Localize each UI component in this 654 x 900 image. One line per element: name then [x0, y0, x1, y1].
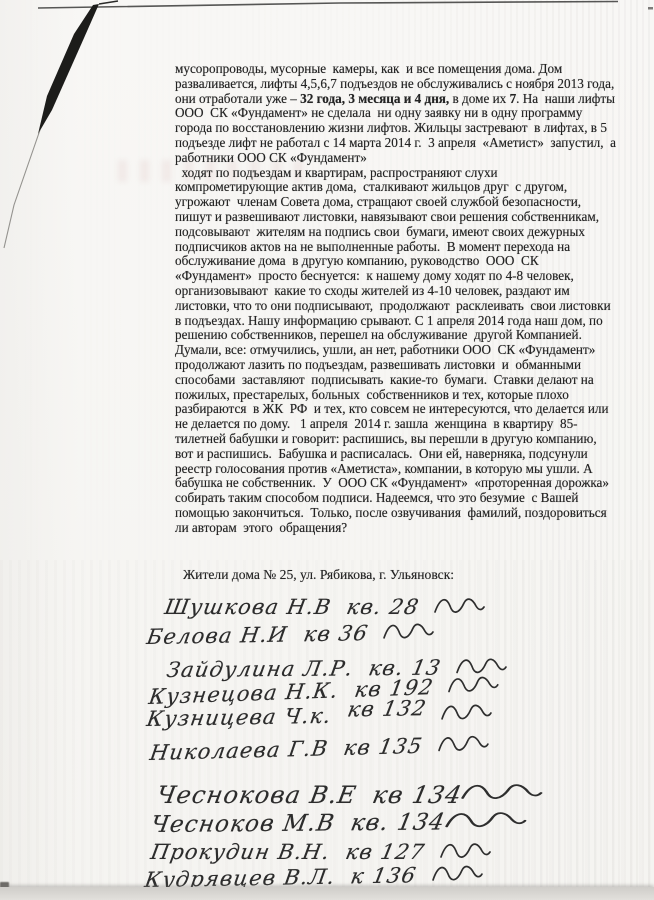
- scan-fold-artifact: [0, 0, 200, 260]
- signature-apt: кв. 134: [348, 809, 447, 836]
- residents-line: Жители дома № 25, ул. Рябикова, г. Ульян…: [183, 567, 454, 583]
- body-line: тилетней бабушки и говорит: распишись, в…: [175, 432, 627, 447]
- body-line: города по восстановлению жизни лифтов. Ж…: [175, 121, 627, 136]
- body-line: разбираются в ЖК РФ и тех, кто совсем не…: [175, 402, 627, 417]
- signature-row: Шушкова Н.В кв. 28: [165, 595, 625, 619]
- body-line: организовывают какие то сходы жителей из…: [175, 284, 627, 299]
- signature-name: Николаева Г.В: [148, 736, 330, 765]
- signature-apt: кв. 28: [345, 595, 422, 619]
- body-line: разваливается, лифты 4,5,6,7 подъездов н…: [175, 77, 627, 92]
- body-line: не делается по дому. 1 апреля 2014 г. за…: [175, 417, 627, 432]
- body-line: угрожают членам Совета дома, стращают св…: [175, 195, 627, 210]
- scan-bottom-edge: [0, 887, 654, 900]
- signature-name: Чеснокова В.Е: [155, 781, 359, 809]
- body-line: в подъездах. Нашу информацию срывают. С …: [175, 314, 627, 329]
- body-line: обслуживание дома в другую компанию, рук…: [175, 254, 627, 269]
- body-line: реестр голосования против «Аметиста», ко…: [175, 462, 627, 477]
- signature-apt: кв 134: [370, 781, 465, 809]
- body-line: собирать таким способом подписи. Надеемс…: [175, 491, 627, 506]
- body-line: мусоропроводы, мусорные камеры, как и вс…: [175, 62, 627, 77]
- signature-apt: кв 135: [342, 734, 425, 760]
- body-line: вот и распишись. Бабушка и расписалась. …: [175, 447, 627, 462]
- body-line: они отработали уже – 32 года, 3 месяца и…: [175, 92, 627, 107]
- signature-flourish-icon: [475, 781, 527, 805]
- body-line: листовки, что то они подписывают, продол…: [175, 299, 627, 314]
- signatures-block: Шушкова Н.В кв. 28 Белова Н.И кв 36 Зайд…: [145, 592, 625, 892]
- body-line: помощью закончиться. Только, после озвуч…: [175, 506, 627, 521]
- signature-apt: кв 132: [345, 696, 428, 721]
- signature-row: Николаева Г.В кв 135: [150, 729, 625, 765]
- signature-row: Чесноков М.В кв. 134: [151, 808, 625, 836]
- signature-flourish-icon: [437, 732, 490, 757]
- signature-name: Шушкова Н.В: [163, 595, 333, 619]
- body-line: ООО СК «Фундамент» не сделала ни одну за…: [175, 106, 627, 121]
- body-line: Думали, все: отмучились, ушли, ан нет, р…: [175, 343, 627, 358]
- body-line: подсовывают жителям на подпись свои бума…: [175, 225, 627, 240]
- body-line: работники ООО СК «Фундамент»: [175, 151, 627, 166]
- signature-flourish-icon: [430, 862, 482, 887]
- signature-apt: кв 36: [301, 621, 370, 646]
- body-line: ходят по подъездам и квартирам, распрост…: [175, 166, 627, 181]
- signature-row: Чеснокова В.Е кв 134: [157, 781, 625, 805]
- signature-flourish-icon: [382, 620, 434, 645]
- signature-name: Кузницева Ч.к.: [145, 704, 333, 731]
- signature-name: Чесноков М.В: [149, 810, 337, 838]
- body-line: пишут и развешивают листовки, навязывают…: [175, 210, 627, 225]
- signature-flourish-icon: [459, 809, 511, 833]
- letter-body: мусоропроводы, мусорные камеры, как и вс…: [175, 62, 627, 536]
- signature-flourish-icon: [440, 701, 492, 726]
- body-line: бабушка не собственник. У ООО СК «Фундам…: [175, 476, 627, 491]
- signature-name: Белова Н.И: [145, 623, 289, 650]
- signature-flourish-icon: [433, 595, 485, 619]
- body-line: ли авторам этого обращения?: [175, 521, 627, 536]
- signature-apt: кв 127: [344, 840, 428, 864]
- signature-apt: к 136: [349, 863, 419, 888]
- body-line: подъезде лифт не работал с 14 марта 2014…: [175, 136, 627, 151]
- signature-flourish-icon: [439, 840, 491, 864]
- scan-top-edge-line: [0, 0, 654, 14]
- body-line: подписчиков актов на не выполненные рабо…: [175, 240, 627, 255]
- signature-flourish-icon: [447, 673, 500, 699]
- body-line: решению собственников, перешел на обслуж…: [175, 328, 627, 343]
- body-line: продолжают лазить по подъездам, развешив…: [175, 358, 627, 373]
- body-line: пожилых, престарелых, больных собственни…: [175, 388, 627, 403]
- body-line: способами заставляют подписывать какие-т…: [175, 373, 627, 388]
- scanned-page: мусоропроводы, мусорные камеры, как и вс…: [0, 0, 654, 900]
- body-line: компрометирующие актив дома, сталкивают …: [175, 180, 627, 195]
- signature-name: Прокудин В.Н.: [149, 840, 332, 864]
- signature-row: Белова Н.И кв 36: [147, 617, 625, 649]
- body-line: «Фундамент» просто беснуется: к нашему д…: [175, 269, 627, 284]
